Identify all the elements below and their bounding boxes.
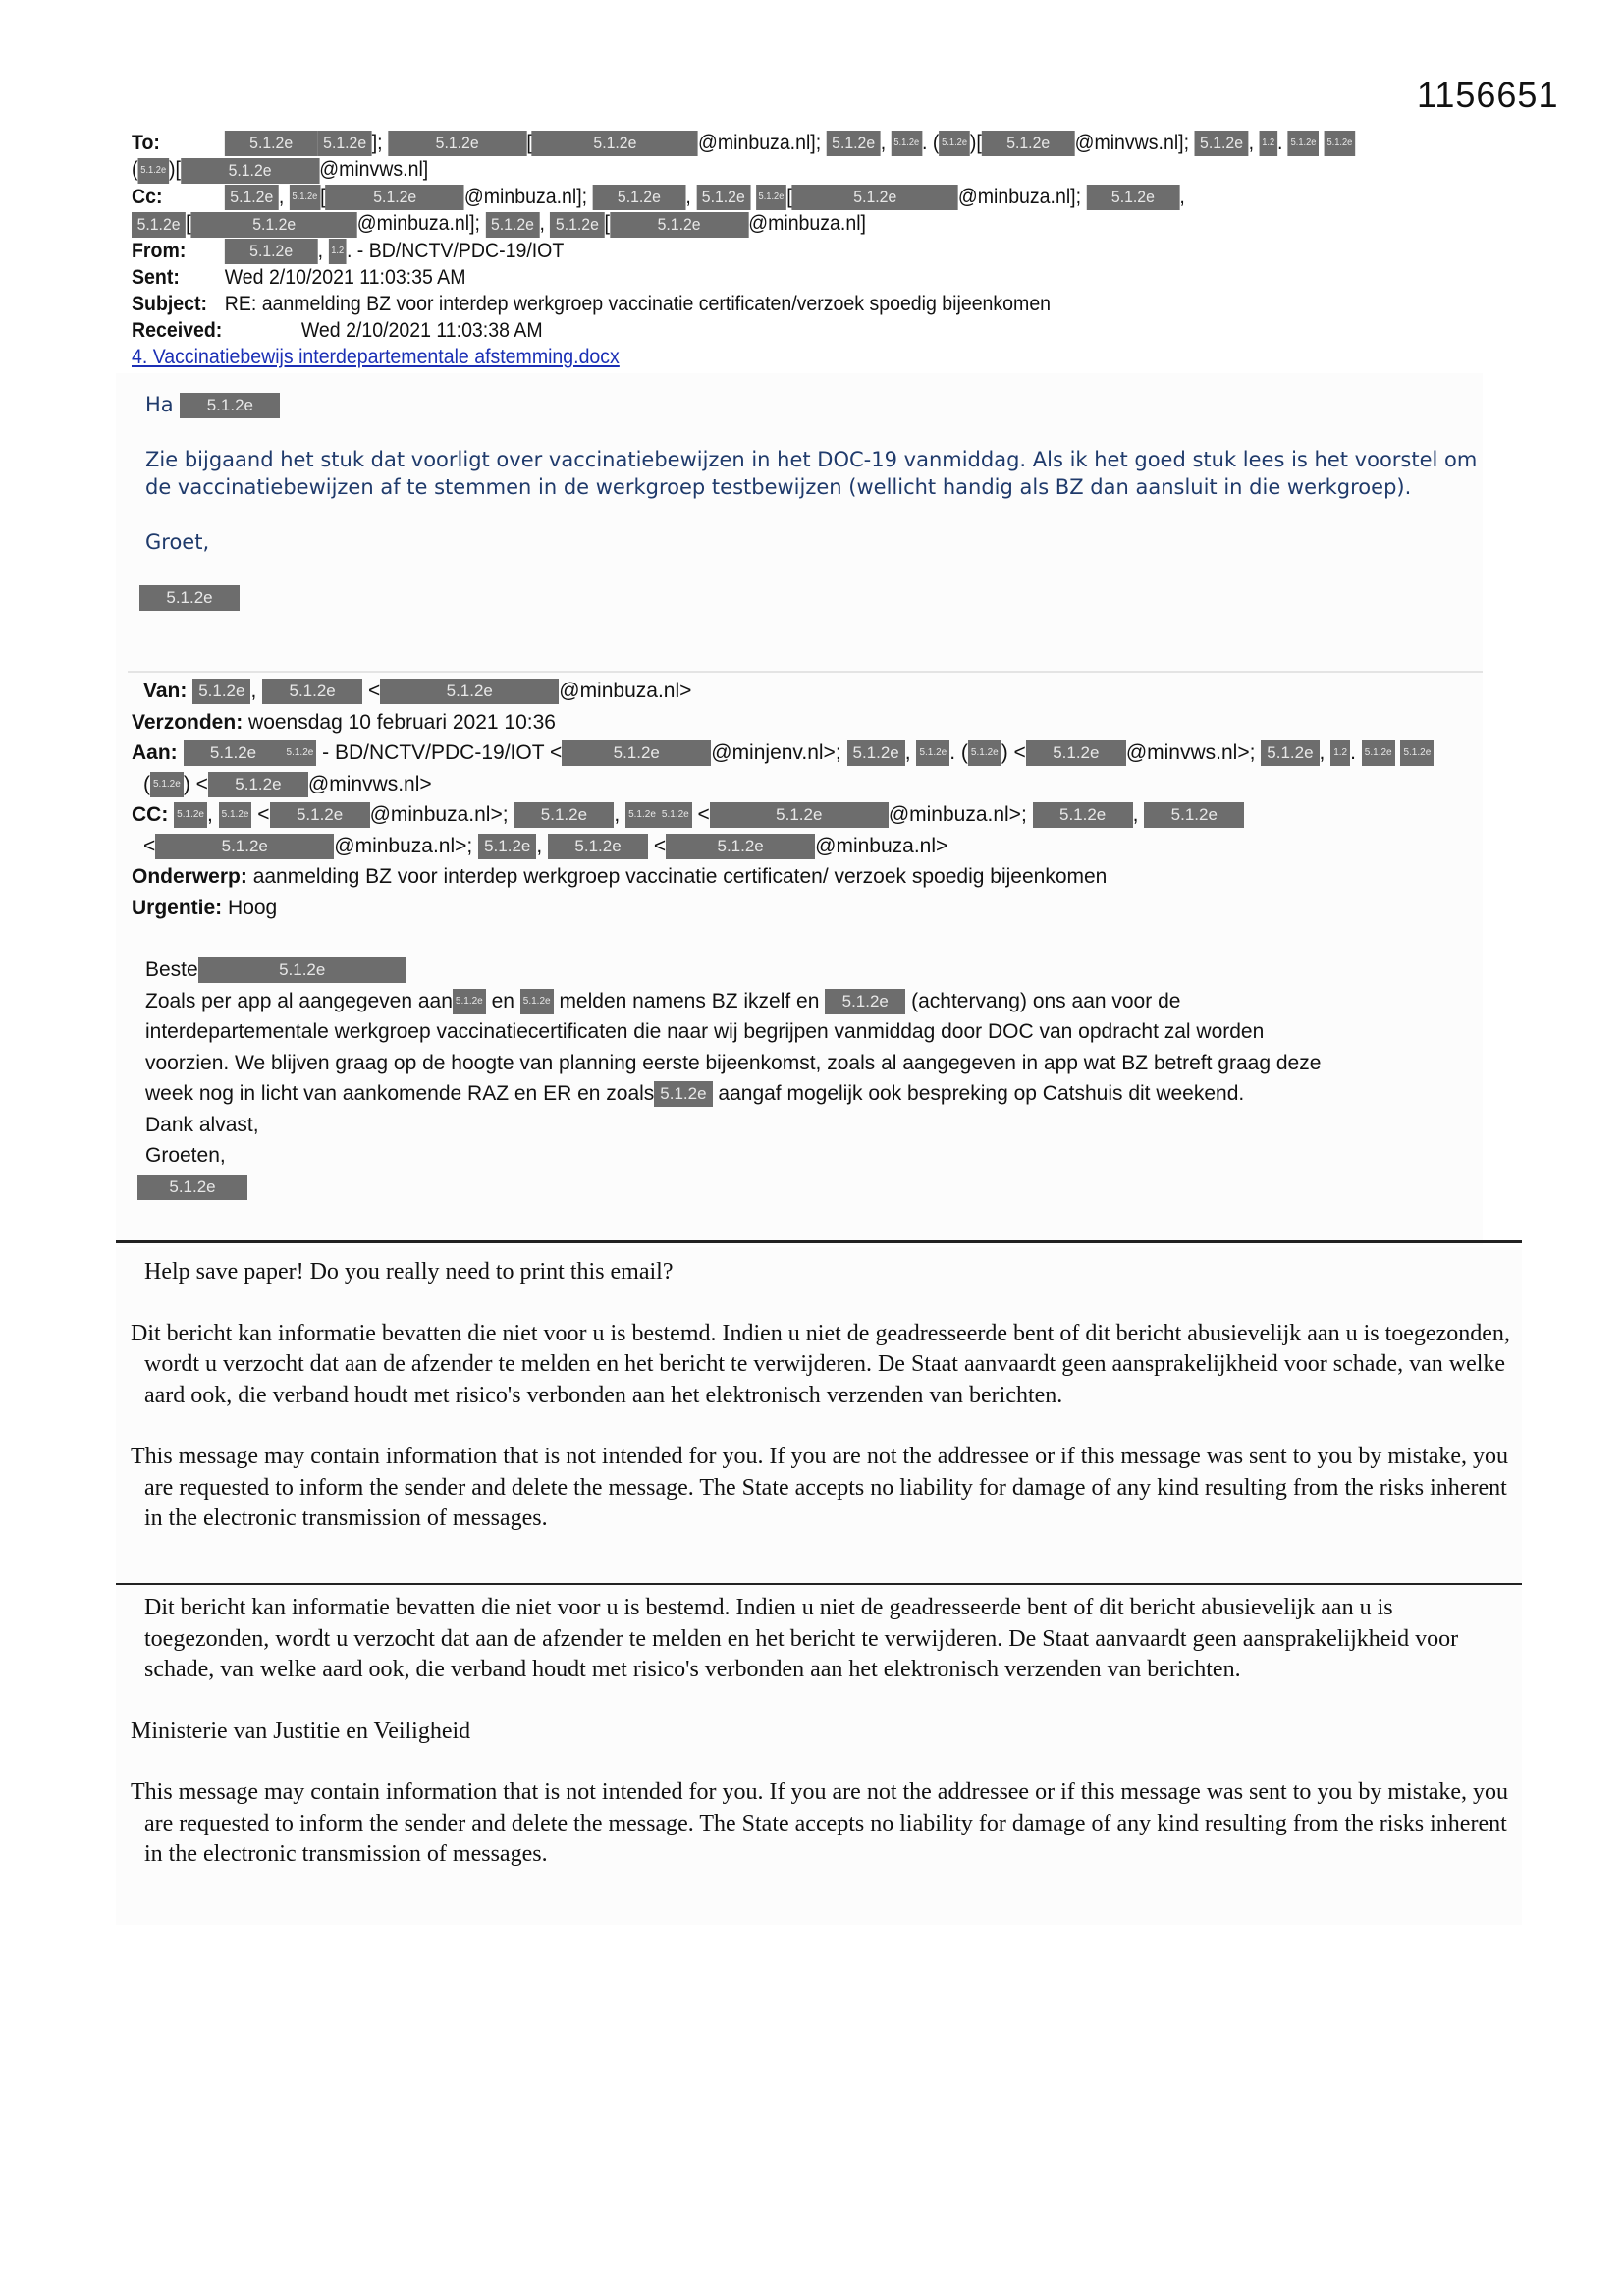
- redaction: 5.1.2e: [262, 679, 362, 704]
- body-text: aangaf mogelijk ook bespreking op Catshu…: [718, 1082, 1244, 1105]
- from-row: From: 5.1.2e, 1.2. - BD/NCTV/PDC-19/IOT: [132, 238, 1429, 264]
- cc-domain: @minbuza.nl>;: [334, 835, 472, 857]
- received-row: Received: Wed 2/10/2021 11:03:38 AM: [132, 317, 1429, 344]
- redaction: 5.1.2e: [827, 131, 881, 156]
- onderwerp-value: aanmelding BZ voor interdep werkgroep va…: [253, 865, 1108, 888]
- redaction: 5.1.2e: [180, 393, 280, 418]
- redaction: 5.1.2e: [326, 185, 464, 210]
- sent-row: Sent: Wed 2/10/2021 11:03:35 AM: [132, 264, 1429, 291]
- sent-label: Sent:: [132, 264, 219, 291]
- to-label: To:: [132, 130, 219, 156]
- cc-domain: @minbuza.nl]: [748, 212, 866, 235]
- redaction: 5.1.2e: [610, 212, 748, 238]
- body-text: en: [492, 990, 514, 1012]
- redaction: 5.1.2e: [548, 834, 648, 859]
- reply-body: Ha 5.1.2e Zie bijgaand het stuk dat voor…: [145, 391, 1500, 638]
- cc-label: Cc:: [132, 184, 219, 210]
- redaction: 5.1.2e: [514, 802, 614, 828]
- redaction: 5.1.2e: [592, 185, 685, 210]
- verzonden-value: woensdag 10 februari 2021 10:36: [248, 711, 556, 734]
- redaction: 5.1.2e: [847, 740, 905, 766]
- cc-domain: @minbuza.nl>;: [370, 803, 509, 826]
- redaction: 5.1.2e: [198, 957, 406, 983]
- redaction: 5.1.2e: [825, 989, 905, 1014]
- reply-closing: Groet,: [145, 528, 1500, 556]
- body-text: interdepartementale werkgroep vaccinatie…: [145, 1016, 1520, 1048]
- disclaimer-block-1: Help save paper! Do you really need to p…: [131, 1257, 1525, 1535]
- redaction: 5.1.2e: [654, 1081, 712, 1107]
- redaction: 5.1.2e: [939, 131, 969, 156]
- body-text: voorzien. We blijven graag op de hoogte …: [145, 1048, 1520, 1079]
- redaction: 5.1.2e: [1033, 802, 1133, 828]
- received-label: Received:: [132, 317, 296, 344]
- aan-domain: @minjenv.nl>;: [711, 741, 840, 764]
- subject-value: RE: aanmelding BZ voor interdep werkgroe…: [225, 293, 1051, 315]
- redaction: 5.1.2e: [290, 185, 320, 210]
- redaction: 5.1.2e: [388, 131, 526, 156]
- cc-domain: @minbuza.nl>: [815, 835, 947, 857]
- urgentie-value: Hoog: [228, 897, 277, 919]
- cc-domain: @minbuza.nl];: [464, 186, 587, 208]
- forwarded-header: Van: 5.1.2e, 5.1.2e <5.1.2e@minbuza.nl> …: [132, 676, 1516, 923]
- disclaimer-en: This message may contain information tha…: [131, 1442, 1519, 1535]
- redaction: 5.1.2e: [696, 185, 750, 210]
- redaction: 5.1.2e: [562, 740, 711, 766]
- redaction: 5.1.2e: [184, 740, 284, 766]
- aan-org: - BD/NCTV/PDC-19/IOT <: [322, 741, 562, 764]
- redaction: 5.1.2e: [1144, 802, 1244, 828]
- redaction: 5.1.2e: [225, 239, 318, 264]
- attachment-row: 4. Vaccinatiebewijs interdepartementale …: [132, 344, 1429, 370]
- to-domain: @minvws.nl];: [1075, 132, 1189, 154]
- reply-greeting: Ha: [145, 393, 174, 416]
- body-text: melden namens BZ ikzelf en: [559, 990, 819, 1012]
- redaction: 1.2: [1259, 131, 1277, 156]
- redaction: 5.1.2e: [270, 802, 370, 828]
- redaction: 5.1.2e: [174, 802, 207, 828]
- redaction: 5.1.2e: [155, 834, 334, 859]
- to-domain: @minvws.nl]: [319, 158, 428, 181]
- disclaimer-block-2: Dit bericht kan informatie bevatten die …: [131, 1593, 1525, 1871]
- redaction: 5.1.2e: [520, 989, 554, 1014]
- redaction: 5.1.2e: [138, 158, 169, 184]
- cc-row: Cc: 5.1.2e, 5.1.2e[5.1.2e@minbuza.nl]; 5…: [132, 184, 1429, 210]
- cc-domain: @minbuza.nl];: [958, 186, 1081, 208]
- redaction: 5.1.2e: [453, 989, 486, 1014]
- redaction: 5.1.2e: [485, 212, 539, 238]
- subject-label: Subject:: [132, 291, 219, 317]
- cc-domain: @minbuza.nl];: [357, 212, 480, 235]
- ministry-name: Ministerie van Justitie en Veiligheid: [131, 1717, 1525, 1748]
- redaction: 5.1.2e: [625, 802, 659, 828]
- redaction-signature: 5.1.2e: [139, 585, 240, 611]
- redaction: 5.1.2e: [532, 131, 698, 156]
- redaction: 5.1.2e: [1194, 131, 1248, 156]
- divider: [116, 1583, 1522, 1585]
- print-notice: Help save paper! Do you really need to p…: [131, 1257, 1525, 1288]
- cc-row-cont: 5.1.2e[5.1.2e@minbuza.nl]; 5.1.2e, 5.1.2…: [132, 210, 1429, 237]
- redaction: 5.1.2e: [756, 185, 786, 210]
- disclaimer-nl: Dit bericht kan informatie bevatten die …: [131, 1319, 1519, 1412]
- received-value: Wed 2/10/2021 11:03:38 AM: [301, 319, 543, 342]
- verzonden-label: Verzonden:: [132, 711, 243, 734]
- redaction: 5.1.2e: [1261, 740, 1319, 766]
- redaction: 5.1.2e: [1026, 740, 1126, 766]
- cc-label: CC:: [132, 803, 168, 826]
- redaction: 5.1.2e: [192, 679, 250, 704]
- redaction: 5.1.2e: [225, 185, 279, 210]
- redaction: 5.1.2e: [225, 131, 318, 156]
- redaction: 5.1.2e: [1400, 740, 1434, 766]
- to-row: To: 5.1.2e5.1.2e]; 5.1.2e[5.1.2e@minbuza…: [132, 130, 1429, 156]
- redaction: 5.1.2e: [284, 740, 317, 766]
- body-text: Dank alvast,: [145, 1110, 1520, 1141]
- document-number: 1156651: [1417, 75, 1558, 116]
- redaction: 5.1.2e: [1325, 131, 1355, 156]
- redaction: 5.1.2e: [318, 131, 372, 156]
- body-text: week nog in licht van aankomende RAZ en …: [145, 1082, 654, 1105]
- redaction: 5.1.2e: [550, 212, 604, 238]
- reply-paragraph: Zie bijgaand het stuk dat voorligt over …: [145, 446, 1490, 501]
- aan-label: Aan:: [132, 741, 178, 764]
- redaction: 5.1.2e: [208, 772, 308, 797]
- sent-value: Wed 2/10/2021 11:03:35 AM: [225, 266, 466, 289]
- redaction: 5.1.2e: [132, 212, 186, 238]
- body-text: Groeten,: [145, 1140, 1520, 1172]
- redaction: 1.2: [328, 239, 347, 264]
- redaction: 5.1.2e: [792, 185, 958, 210]
- redaction: 1.2: [1330, 740, 1350, 766]
- body-text: (achtervang) ons aan voor de: [911, 990, 1180, 1012]
- redaction: 5.1.2e: [1362, 740, 1395, 766]
- attachment-link[interactable]: 4. Vaccinatiebewijs interdepartementale …: [132, 346, 620, 368]
- redaction-signature: 5.1.2e: [137, 1175, 247, 1200]
- onderwerp-label: Onderwerp:: [132, 865, 247, 888]
- redaction: 5.1.2e: [181, 158, 319, 184]
- redaction: 5.1.2e: [659, 802, 692, 828]
- fwd-greeting: Beste: [145, 958, 198, 981]
- urgentie-label: Urgentie:: [132, 897, 222, 919]
- cc-domain: @minbuza.nl>;: [889, 803, 1027, 826]
- to-row-cont: (5.1.2e)[5.1.2e@minvws.nl]: [132, 156, 1429, 183]
- redaction: 5.1.2e: [892, 131, 922, 156]
- redaction: 5.1.2e: [916, 740, 949, 766]
- redaction: 5.1.2e: [1086, 185, 1179, 210]
- forwarded-body: Beste5.1.2e Zoals per app al aangegeven …: [145, 955, 1520, 1202]
- redaction: 5.1.2e: [1288, 131, 1319, 156]
- van-domain: @minbuza.nl>: [559, 680, 691, 702]
- aan-domain: @minvws.nl>;: [1126, 741, 1256, 764]
- redaction: 5.1.2e: [150, 772, 184, 797]
- subject-row: Subject: RE: aanmelding BZ voor interdep…: [132, 291, 1429, 317]
- aan-domain: @minvws.nl>: [308, 773, 432, 795]
- redaction: 5.1.2e: [666, 834, 815, 859]
- redaction: 5.1.2e: [191, 212, 357, 238]
- divider: [128, 671, 1483, 673]
- redaction: 5.1.2e: [982, 131, 1075, 156]
- disclaimer-nl: Dit bericht kan informatie bevatten die …: [131, 1593, 1509, 1686]
- email-header: To: 5.1.2e5.1.2e]; 5.1.2e[5.1.2e@minbuza…: [132, 130, 1429, 370]
- disclaimer-en: This message may contain information tha…: [131, 1777, 1519, 1871]
- van-label: Van:: [143, 680, 187, 702]
- redaction: 5.1.2e: [710, 802, 889, 828]
- redaction: 5.1.2e: [968, 740, 1001, 766]
- divider: [116, 1240, 1522, 1243]
- from-label: From:: [132, 238, 219, 264]
- from-value: . - BD/NCTV/PDC-19/IOT: [347, 240, 564, 262]
- redaction: 5.1.2e: [380, 679, 559, 704]
- body-text: Zoals per app al aangegeven aan: [145, 990, 453, 1012]
- to-domain: @minbuza.nl];: [698, 132, 821, 154]
- redaction: 5.1.2e: [219, 802, 252, 828]
- redaction: 5.1.2e: [478, 834, 536, 859]
